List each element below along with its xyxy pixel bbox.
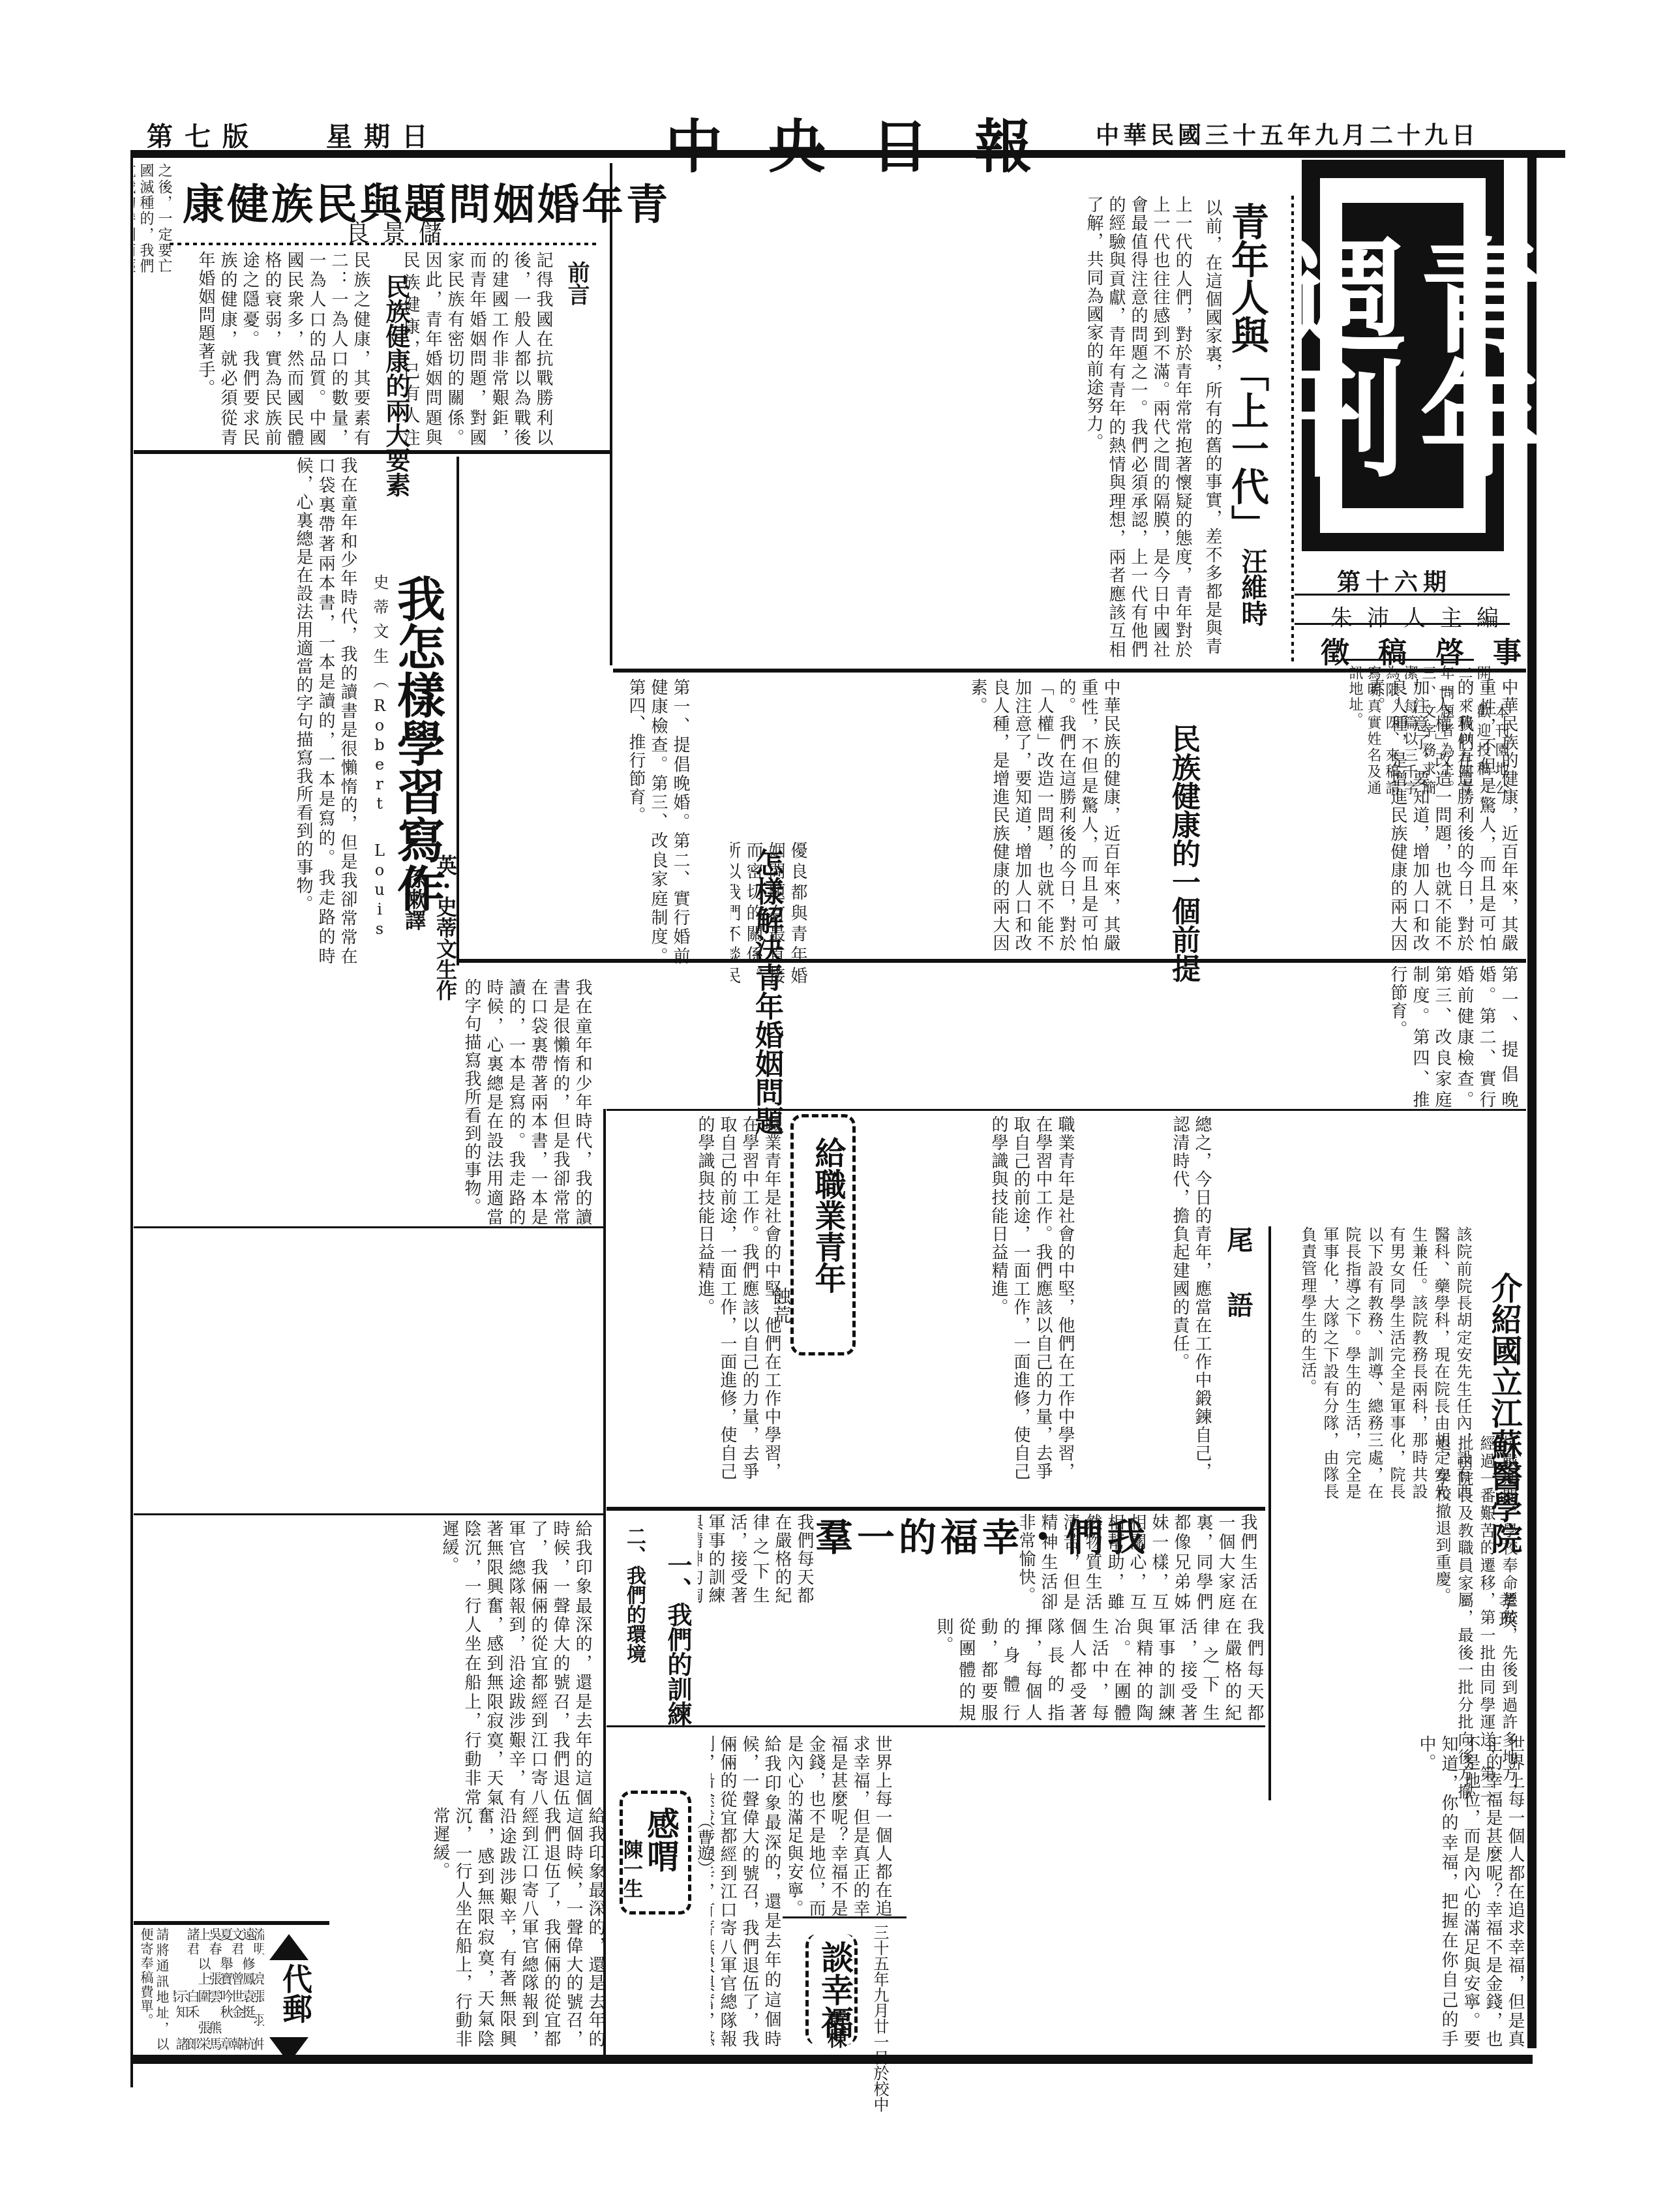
- article-body-reflections-2: 給我印象最深的，還是去年的這個時候，一聲偉大的號召，我們退伍了，我倆倆的從宜都經…: [326, 1807, 607, 2048]
- article-dateline-happiness: 三十五年九月廿一日於校中: [869, 1924, 892, 2112]
- article-body-working-youth-left: 職業青年是社會的中堅，他們在工作中學習，在學習中工作。我們應該以自己的力量，去爭…: [443, 1115, 783, 1481]
- newspaper-name: 中央日報: [665, 101, 1077, 183]
- frame-left: [130, 157, 133, 2087]
- editor-credit: 朱沛人主編: [1330, 600, 1513, 632]
- divider-top-left: [134, 450, 610, 454]
- article-lead-solving-marriage: 優良都與青年婚姻問題有最直接而密切的關係。所以我們不談民族健康則已，如談民族健康…: [730, 841, 809, 985]
- divider-mid-2: [457, 959, 1526, 963]
- column-divider-dotted: [1291, 196, 1294, 665]
- article-body-reflections: 給我印象最深的，還是去年的這個時候，一聲偉大的號召，我們退伍了，我倆倆的從宜都經…: [137, 1520, 593, 1807]
- supplement-banner: 青年 週刊: [1302, 160, 1504, 551]
- article-body-national-health-right: 中華民族的健康，近百年來，其嚴重性，不但是驚人，而且是可怕的。我們在這勝利後的今…: [1200, 678, 1520, 952]
- article-body-working-youth: 職業青年是社會的中堅，他們在工作中學習，在學習中工作。我們應該以自己的力量，去爭…: [861, 1115, 1076, 1481]
- section-body-two-factors: 民族之健康，其要素有二：一為人口的數量，一為人口的品質。中國國民衆多，然而國民體…: [137, 251, 372, 447]
- mailbox-arrow-up-icon: [269, 1934, 308, 1960]
- divider-mailbox: [134, 1921, 329, 1925]
- divider-medical: [1268, 1226, 1271, 1800]
- article-body-national-health: 中華民族的健康，近百年來，其嚴重性，不但是驚人，而且是可怕的。我們在這勝利後的今…: [815, 678, 1122, 952]
- editor-rule: [1295, 623, 1510, 625]
- section-body-training-2: 我們每天都在嚴格的紀律之下生活，接受著軍事的訓練與精神的陶冶。在團體生活中，每個…: [691, 1618, 1265, 1722]
- article-author-previous-generation: 汪維時: [1234, 548, 1271, 626]
- issue-date: 中華民國三十五年九月二十九日: [1096, 117, 1479, 151]
- page-number: 第七版: [147, 116, 260, 153]
- weekday: 星期日: [326, 116, 440, 153]
- mailbox-arrow-down-icon: [269, 2037, 308, 2063]
- article-body-solving-marriage: 第一、提倡晚婚。第二、實行婚前健康檢查。第三、改良家庭制度。第四、推行節育。: [463, 678, 691, 965]
- divider-bottom-band: [783, 1916, 907, 1918]
- mailbox-note: 請將通訊地址，以便寄奉稿費單。: [134, 1928, 170, 2051]
- article-body-previous-generation: 上一代的人們，對於青年常常抱著懷疑的態度，青年對於上一代也往往感到不滿。兩代之間…: [613, 196, 1193, 659]
- section-heading-two-factors: 民族健康的兩大要素: [378, 274, 414, 497]
- article-title-working-youth: 給職業青年: [805, 1137, 850, 1294]
- frame-bottom: [130, 2055, 1533, 2064]
- divider-mid-1: [613, 669, 1526, 673]
- article-author-reflections: 陳一生: [616, 1839, 645, 1898]
- divider-lower-1: [603, 1109, 606, 2055]
- divider-mid-3: [607, 1109, 1526, 1111]
- section-heading-environment: 二、我們的環境: [620, 1526, 648, 1663]
- title-dotted-rule: [170, 243, 600, 245]
- mailbox-recipients-2: 張羽仲 袁挺 杭世金 韓吟秋 章雲 熊馬圍 張栄 白禾 郎示知 諸君: [173, 1990, 264, 2051]
- divider-lower-left: [134, 1226, 603, 1228]
- article-translator-writing: 孫漱譯: [399, 868, 429, 930]
- article-title-box-working-youth: 給職業青年 蝕荒: [790, 1114, 856, 1355]
- article-body-happiness: 世界上每一個人都在追求幸福，但是真正的幸福是甚麼呢？幸福不是金錢，也不是地位，而…: [900, 1735, 1526, 2048]
- article-body-writing: 我在童年和少年時代，我的讀書是很懶惰的，但是我卻常常在口袋裏帶著兩本書，一本是讀…: [137, 457, 359, 965]
- divider-lower-left-2: [134, 1513, 603, 1515]
- article-lead-previous-generation: 以前，在這個國家裏，所有的舊的事實，差不多都是與青年處於隔膜的狀態，而不能罪我整…: [1201, 199, 1223, 656]
- mailbox-recipients-1: 流明 亮遠 修鳳 文君 曾夏 舉寶 吳春 張上 以上諸君: [173, 1928, 264, 1986]
- banner-frame: 青年 週刊: [1306, 164, 1500, 547]
- section-body-training: 我們每天都在嚴格的紀律之下生活，接受著軍事的訓練與精神的陶冶。在團體生活中，每個…: [698, 1513, 815, 1605]
- banner-title: 青年 週刊: [1342, 203, 1463, 508]
- masthead-rule: [130, 150, 1565, 158]
- article-body-epilogue: 總之，今日的青年，應當在工作中鍛鍊自己，認清時代，擔負起建國的責任。: [1083, 1115, 1213, 1481]
- issue-rule: [1295, 594, 1510, 596]
- article-body-happiness-left: 世界上每一個人都在追求幸福，但是真正的幸福是甚麼呢？幸福不是金錢，也不是地位，而…: [789, 1735, 893, 1918]
- cfp-rule: [1343, 659, 1474, 661]
- article-author-happiness: 黃棟: [820, 2009, 849, 2048]
- article-body-solving-marriage-cont: 第一、提倡晚婚。第二、實行婚前健康檢查。第三、改良家庭制度。第四、推行節育。: [750, 965, 1520, 1109]
- section-heading-preface: 前言: [561, 261, 593, 305]
- divider-happy-group-bottom: [607, 1725, 1265, 1727]
- section-heading-training: 一、我們的訓練: [660, 1552, 696, 1726]
- mailbox-title: 代郵: [276, 1963, 315, 2023]
- article-title-previous-generation: 青年人與「上一代」: [1226, 202, 1268, 543]
- divider-col-writing: [457, 457, 459, 965]
- article-title-epilogue: 尾語: [1220, 1226, 1257, 1357]
- banner-title-char-1: 青年: [1406, 232, 1537, 479]
- divider-col-1: [610, 163, 612, 665]
- mailbox: 代郵 流明 亮遠 修鳳 文君 曾夏 舉寶 吳春 張上 以上諸君 張羽仲 袁挺 杭…: [134, 1928, 323, 2051]
- section-body-preface: 記得我國在抗戰勝利以後，一般人都以為戰後的建國工作非常艱鉅，而青年婚姻問題，對國…: [404, 251, 554, 447]
- banner-title-char-2: 週刊: [1269, 232, 1400, 479]
- article-intro-writing: 史蒂文生（Robert Louis Stevenson 1850—1894）是十…: [368, 574, 391, 939]
- article-body-reflections-3: 給我印象最深的，還是去年的這個時候，一聲偉大的號召，我們退伍了，我倆倆的從宜都經…: [711, 1735, 783, 2048]
- section-body-environment: 我們生活在一個大家庭裏，同學們都像兄弟姊妹一樣，互相關心，互相幫助，雖然物質生活…: [1011, 1513, 1259, 1611]
- article-title-national-health: 民族健康的一個前提: [1128, 724, 1200, 982]
- issue-number: 第十六期: [1337, 564, 1452, 598]
